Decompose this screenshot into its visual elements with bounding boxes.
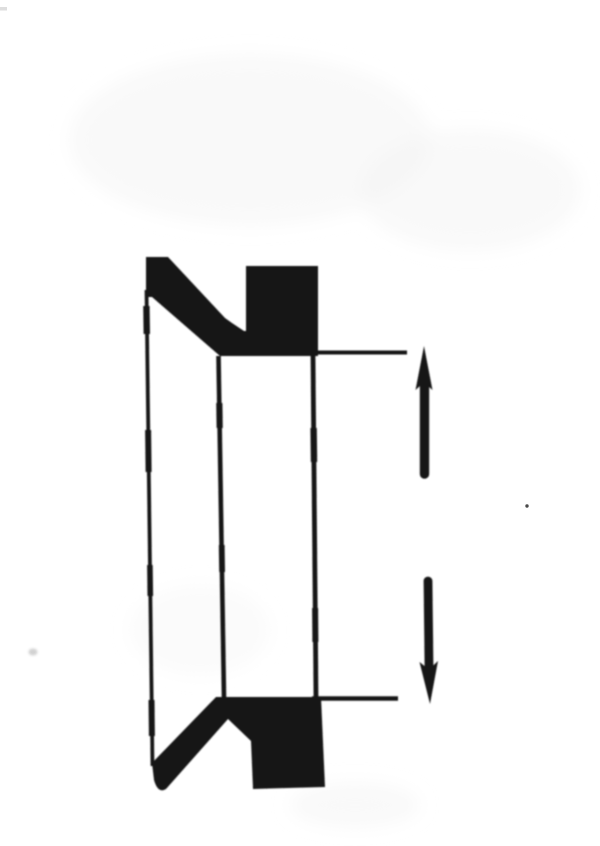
scan-shadow-patch [290,783,420,827]
scan-shadow-patch [360,130,580,250]
seal-upper-section [146,257,318,356]
speck-mark [525,504,528,507]
figure-canvas [0,0,600,846]
seal-lower-section [152,697,325,790]
outer-profile-line [147,290,153,766]
outer-profile-line-bead [148,430,149,472]
smudge-mark [29,649,38,656]
up-arrow-icon [416,346,433,474]
inner-profile-line [313,356,316,698]
drawing-ink [146,257,438,790]
scanned-page [0,0,600,846]
down-arrow-shaft [428,581,429,666]
profile-lines [146,290,316,766]
down-arrow-icon [420,581,439,704]
edge-mark [0,7,7,11]
